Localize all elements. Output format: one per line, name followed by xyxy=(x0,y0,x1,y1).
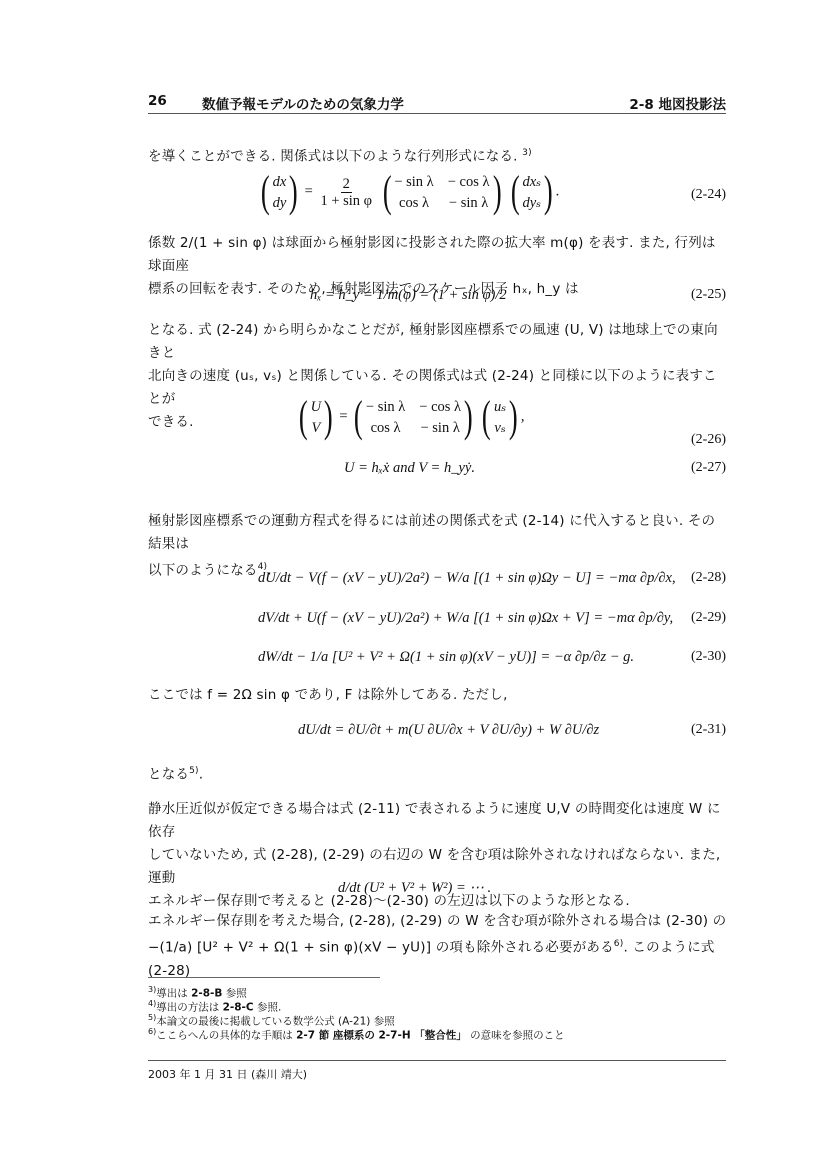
text-line: エネルギー保存則を考えた場合, (2-28), (2-29) の W を含む項が… xyxy=(148,910,728,933)
text: を導くことができる. 関係式は以下のような行列形式になる. xyxy=(148,149,522,165)
equation-2-28: dU/dt − V(f − (xV − yU)/2a²) − W/a [(1 +… xyxy=(258,570,676,587)
cell: − sin λ xyxy=(366,398,405,416)
equation-number: (2-27) xyxy=(691,460,726,476)
cell: dy xyxy=(273,194,287,212)
footnote-ref[interactable]: 3) xyxy=(522,148,532,158)
equation-number: (2-26) xyxy=(691,432,726,448)
footnote-6: 6)ここらへんの具体的な手順は 2-7 節 座標系の 2-7-H 「整合性」 の… xyxy=(148,1025,565,1043)
paragraph-1: を導くことができる. 関係式は以下のような行列形式になる. 3) xyxy=(148,142,728,169)
paragraph-8: エネルギー保存則を考えた場合, (2-28), (2-29) の W を含む項が… xyxy=(148,910,728,983)
numerator: 2 xyxy=(341,176,352,193)
equation-energy: d/dt (U² + V² + W²) = ⋯ . xyxy=(338,880,491,897)
text-line: 係数 2/(1 + sin φ) は球面から極射影図に投影された際の拡大率 m(… xyxy=(148,232,728,278)
paragraph-6: となる5). xyxy=(148,760,728,787)
cell: cos λ xyxy=(394,194,433,212)
equation-number: (2-31) xyxy=(691,722,726,738)
footnote-ref[interactable]: 6) xyxy=(614,939,624,949)
equation-2-26: ( U V ) = ( − sin λ − cos λ cos λ − sin … xyxy=(296,395,524,439)
equation-2-31: dU/dt = ∂U/∂t + m(U ∂U/∂x + V ∂U/∂y) + W… xyxy=(298,722,599,739)
cell: uₛ xyxy=(494,398,506,416)
denominator: 1 + sin φ xyxy=(318,193,374,209)
text: の意味を参照のこと xyxy=(467,1030,565,1042)
footnote-mark: 5) xyxy=(148,1013,156,1022)
cell: − cos λ xyxy=(419,398,461,416)
equation-number: (2-29) xyxy=(691,610,726,626)
equation-number: (2-30) xyxy=(691,649,726,665)
equation-2-24: ( dx dy ) = 21 + sin φ ( − sin λ − cos λ… xyxy=(258,170,559,214)
cell: dyₛ xyxy=(522,194,541,212)
equation-2-25: hₓ = h_y = 1/m(φ) = (1 + sin φ)/2 xyxy=(310,287,507,304)
text-line: 極射影図座標系での運動方程式を得るには前述の関係式を式 (2-14) に代入する… xyxy=(148,510,728,556)
equation-2-30: dW/dt − 1/a [U² + V² + Ω(1 + sin φ)(xV −… xyxy=(258,649,634,666)
text-bold: 2-7 節 座標系の 2-7-H 「整合性」 xyxy=(296,1030,467,1042)
cell: − sin λ xyxy=(448,194,490,212)
text-line: となる. 式 (2-24) から明らかなことだが, 極射影図座標系での風速 (U… xyxy=(148,319,728,365)
footnote-mark: 4) xyxy=(148,999,156,1008)
cell: dxₛ xyxy=(522,173,541,191)
text: ここらへんの具体的な手順は xyxy=(156,1030,296,1042)
cell: V xyxy=(311,419,321,437)
section-title: 2-8 地図投影法 xyxy=(629,93,726,113)
page-number: 26 xyxy=(148,93,167,109)
running-header: 26 数値予報モデルのための気象力学 2-8 地図投影法 xyxy=(148,93,726,113)
footnote-rule xyxy=(148,977,380,978)
footer-date-author: 2003 年 1 月 31 日 (森川 靖大) xyxy=(148,1066,307,1082)
book-title: 数値予報モデルのための気象力学 xyxy=(202,93,404,113)
equation-number: (2-24) xyxy=(691,187,726,203)
footnote-mark: 6) xyxy=(148,1027,156,1036)
footnote-ref[interactable]: 5) xyxy=(189,766,199,776)
cell: U xyxy=(311,398,321,416)
text: −(1/a) [U² + V² + Ω(1 + sin φ)(xV − yU)]… xyxy=(148,940,614,956)
footer-rule xyxy=(148,1060,726,1061)
equation-number: (2-28) xyxy=(691,570,726,586)
cell: dx xyxy=(273,173,287,191)
equation-2-29: dV/dt + U(f − (xV − yU)/2a²) + W/a [(1 +… xyxy=(258,610,673,627)
cell: − sin λ xyxy=(394,173,433,191)
equation-number: (2-25) xyxy=(691,287,726,303)
footnote-mark: 3) xyxy=(148,985,156,994)
cell: − cos λ xyxy=(448,173,490,191)
cell: vₛ xyxy=(494,419,506,437)
text: 以下のようになる xyxy=(148,563,258,579)
cell: cos λ xyxy=(366,419,405,437)
equation-2-27: U = hₓẋ and V = h_yẏ. xyxy=(344,460,475,477)
paragraph-5: ここでは f = 2Ω sin φ であり, F は除外してある. ただし, xyxy=(148,684,728,707)
header-rule xyxy=(148,113,726,114)
text-line: 静水圧近似が仮定できる場合は式 (2-11) で表されるように速度 U,V の時… xyxy=(148,798,728,844)
cell: − sin λ xyxy=(419,419,461,437)
text: となる xyxy=(148,767,189,783)
